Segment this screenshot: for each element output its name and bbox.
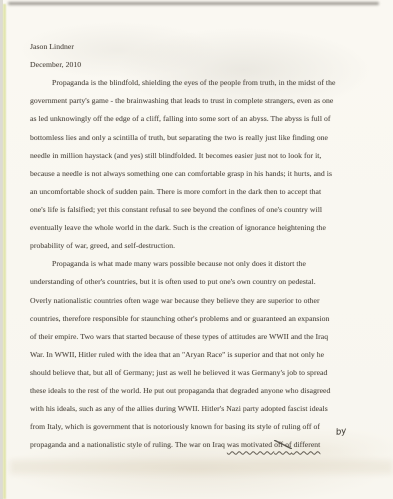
essay-line: these ideals to the rest of the world. H… [30,382,386,400]
essay-line: with his ideals, such as any of the alli… [30,400,386,418]
essay-line: should believe that, but all of Germany;… [30,364,386,382]
date-line: December, 2010 [30,56,386,74]
essay-line: as led unknowingly off the edge of a cli… [30,110,386,128]
handwritten-correction: by [335,426,347,438]
wavy-underlined-text: was motivated [227,440,274,449]
scanner-edge-shadow-top [8,2,379,5]
essay-line: War. In WWII, Hitler ruled with the idea… [30,346,386,364]
scanned-essay-page: Jason Lindner December, 2010 Propaganda … [0,0,393,499]
essay-line: Propaganda is what made many wars possib… [30,255,386,273]
essay-line: because a needle is not always something… [30,165,386,183]
essay-line: government party's game - the brainwashi… [30,92,386,110]
essay-line: understanding of other's countries, but … [30,273,386,291]
essay-line: Overly nationalistic countries often wag… [30,292,386,310]
essay-line: from Italy, which is government that is … [30,418,386,436]
essay-line: bottomless lies and only a scintilla of … [30,129,386,147]
wavy-underlined-text: different [292,440,321,449]
essay-line: eventually leave the whole world in the … [30,219,386,237]
scanner-edge-strip-left [3,4,6,499]
essay-line: Propaganda is the blindfold, shielding t… [30,74,386,92]
essay-line: an uncomfortable shock of sudden pain. T… [30,183,386,201]
author-line: Jason Lindner [30,38,386,56]
essay-text-block: Jason Lindner December, 2010 Propaganda … [30,38,386,455]
essay-line: of their empire. Two wars that started b… [30,328,386,346]
last-line-pre: propaganda and a nationalistic style of … [30,440,227,449]
crossed-out-text: off of [274,440,291,449]
paper-bottom-shadow [10,460,393,474]
essay-line: needle in million haystack (and yes) sti… [30,147,386,165]
essay-last-line: propaganda and a nationalistic style of … [30,436,386,454]
essay-line: countries, therefore responsible for sta… [30,310,386,328]
essay-line: one's life is falsified; yet this consta… [30,201,386,219]
essay-line: probability of war, greed, and self-dest… [30,237,386,255]
